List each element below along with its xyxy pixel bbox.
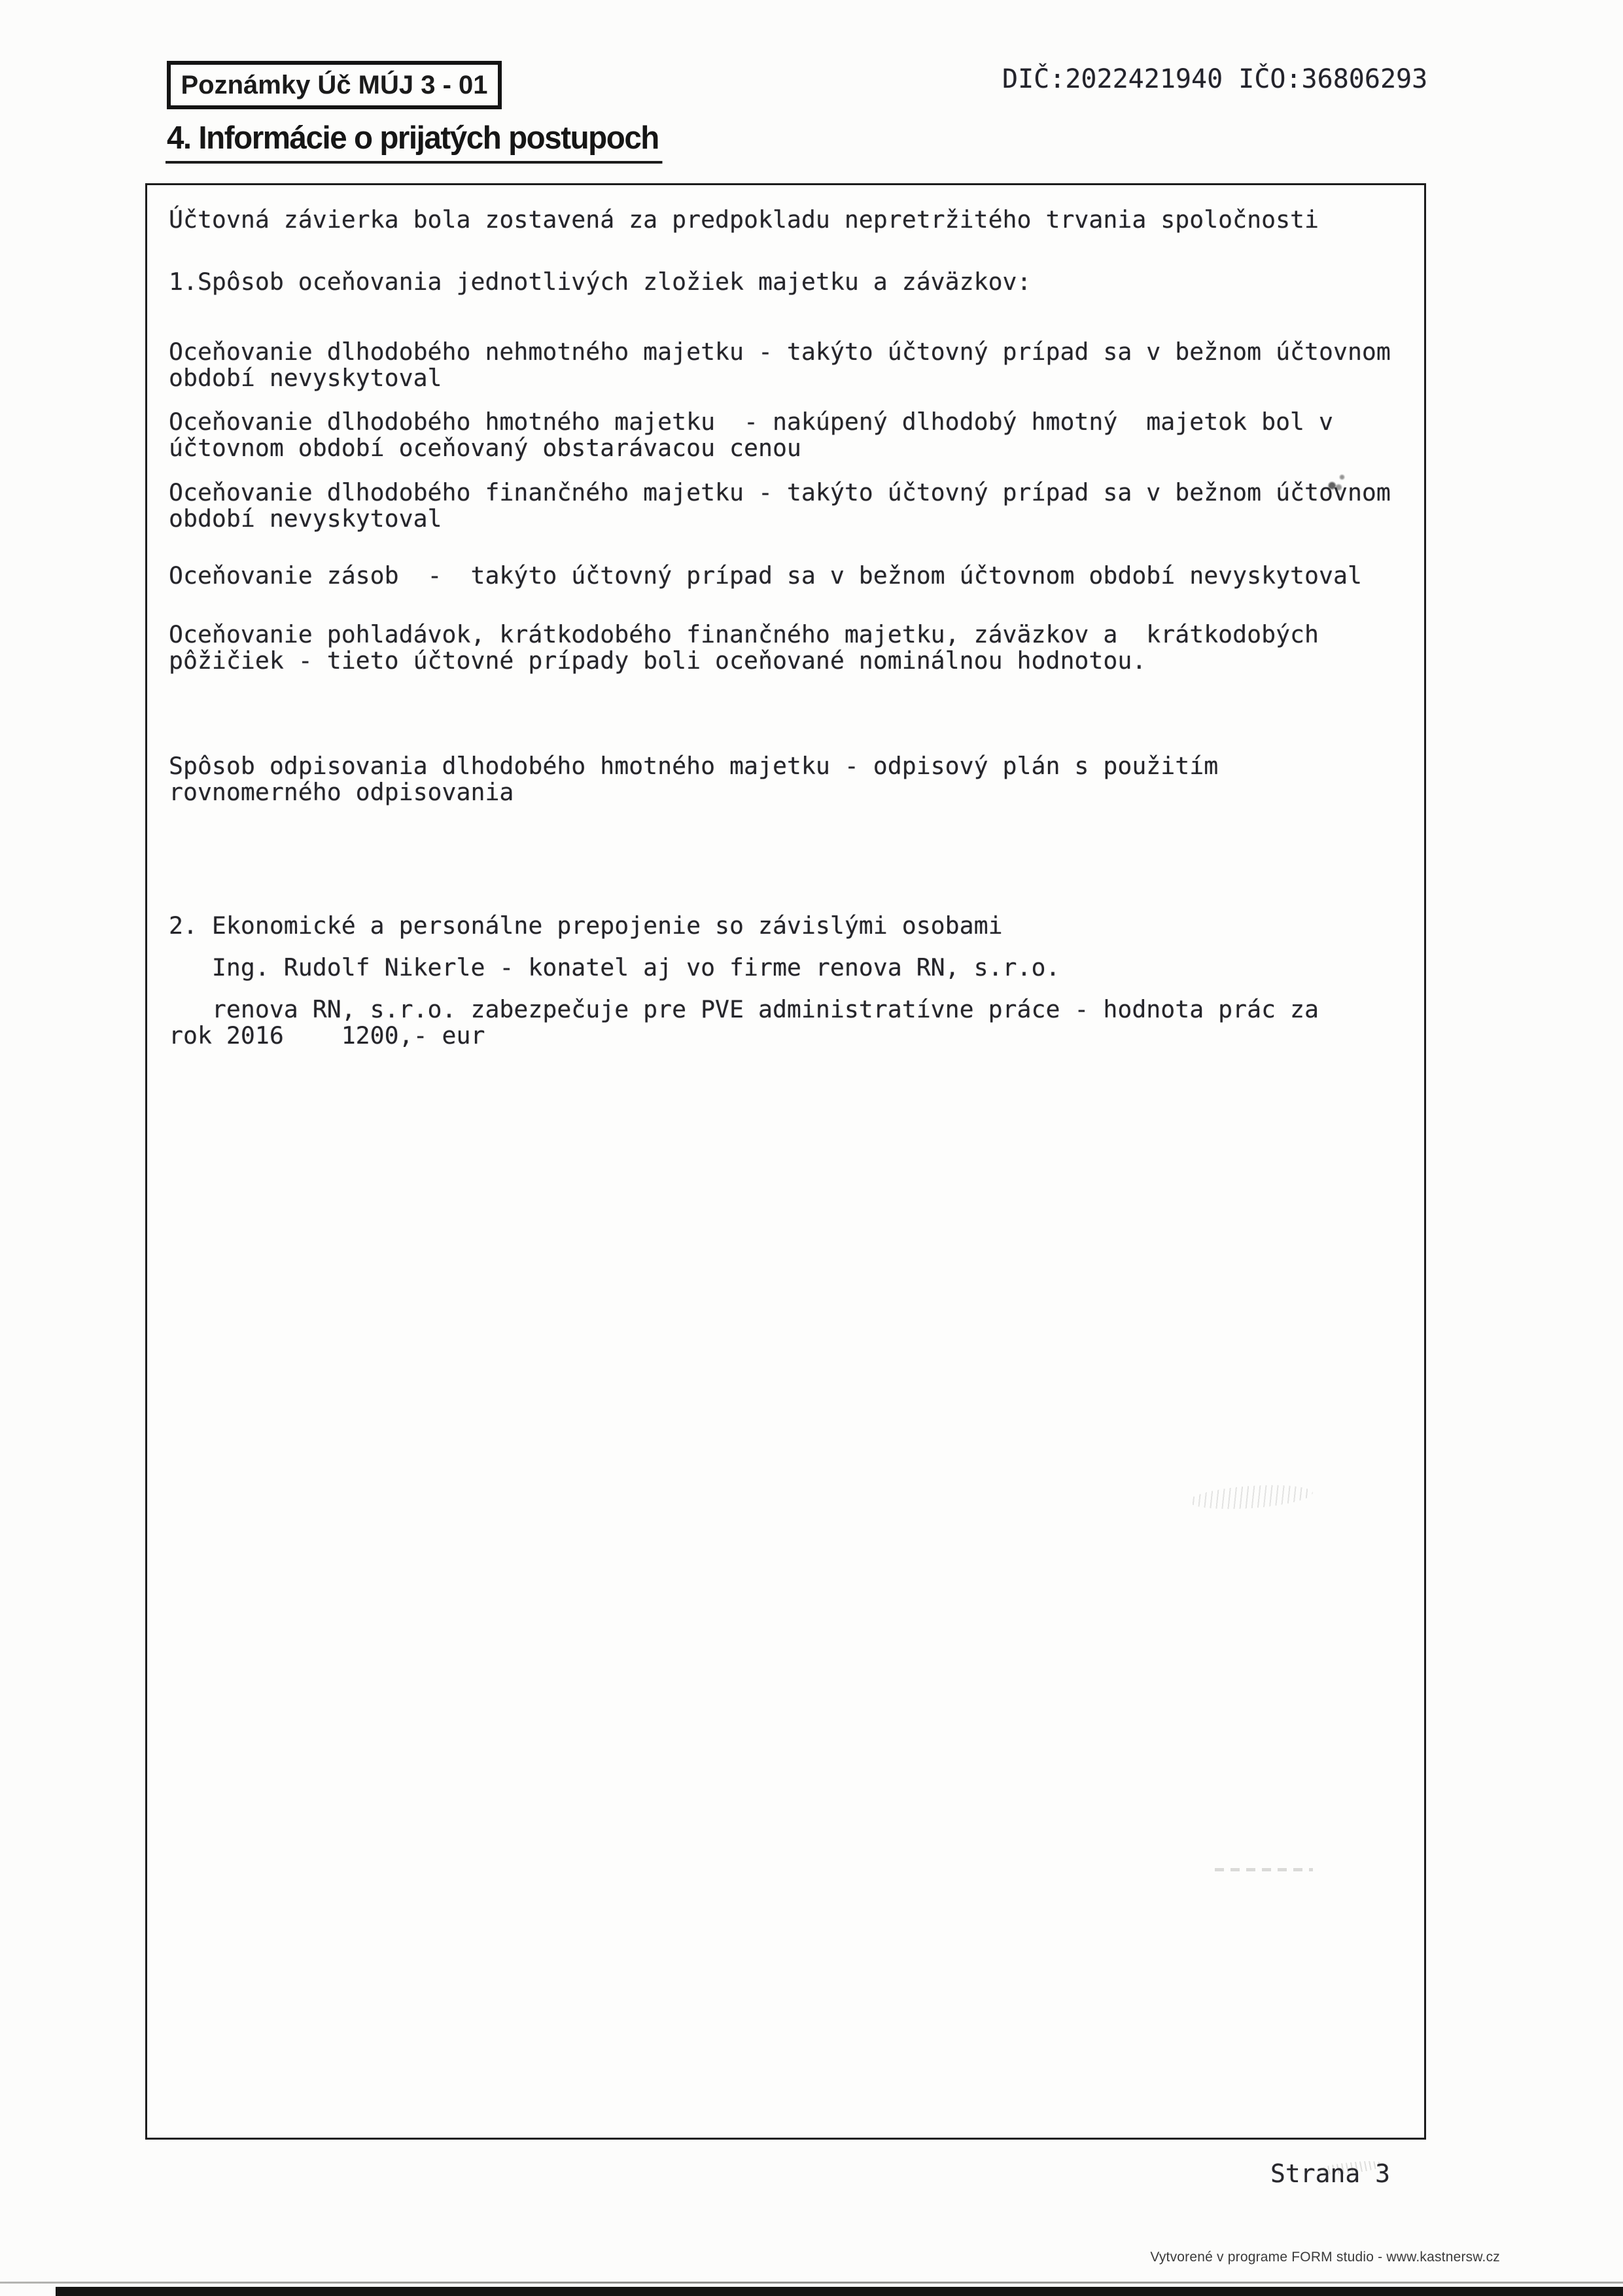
page-number: Strana 3 <box>1270 2159 1390 2188</box>
text-line: renova RN, s.r.o. zabezpečuje pre PVE ad… <box>169 997 1416 1023</box>
scan-edge-line <box>0 2282 1623 2284</box>
paragraph-receivables: Oceňovanie pohladávok, krátkodobého fina… <box>169 622 1416 674</box>
paragraph-related-parties-heading: 2. Ekonomické a personálne prepojenie so… <box>169 913 1416 939</box>
form-code-box: Poznámky Úč MÚJ 3 - 01 <box>167 61 502 109</box>
text-line: 2. Ekonomické a personálne prepojenie so… <box>169 913 1416 939</box>
text-line: období nevyskytoval <box>169 506 1416 532</box>
text-line: Oceňovanie dlhodobého nehmotného majetku… <box>169 339 1416 365</box>
text-line: Ing. Rudolf Nikerle - konatel aj vo firm… <box>169 955 1416 981</box>
text-line: rovnomerného odpisovania <box>169 779 1416 805</box>
form-code-label: Poznámky Úč MÚJ 3 - 01 <box>181 71 487 100</box>
paragraph-related-person: Ing. Rudolf Nikerle - konatel aj vo firm… <box>169 955 1416 981</box>
text-line: Oceňovanie dlhodobého finančného majetku… <box>169 480 1416 506</box>
generator-note: Vytvorené v programe FORM studio - www.k… <box>1150 2250 1500 2265</box>
paragraph-intangible-assets: Oceňovanie dlhodobého nehmotného majetku… <box>169 339 1416 391</box>
text-line: Oceňovanie pohladávok, krátkodobého fina… <box>169 622 1416 648</box>
text-line: 1.Spôsob oceňovania jednotlivých zložiek… <box>169 269 1416 295</box>
paragraph-inventory: Oceňovanie zásob - takýto účtovný prípad… <box>169 563 1416 589</box>
text-line: pôžičiek - tieto účtovné prípady boli oc… <box>169 648 1416 674</box>
document-page: Poznámky Úč MÚJ 3 - 01 DIČ:2022421940 IČ… <box>0 0 1623 2296</box>
scan-artifact-faint-dashes <box>1215 1868 1313 1871</box>
notes-content-box: Účtovná závierka bola zostavená za predp… <box>145 183 1426 2140</box>
section-title: 4. Informácie o prijatých postupoch <box>166 120 663 164</box>
text-line: Oceňovanie dlhodobého hmotného majetku -… <box>169 409 1416 435</box>
paragraph-financial-assets: Oceňovanie dlhodobého finančného majetku… <box>169 480 1416 532</box>
text-line: Účtovná závierka bola zostavená za predp… <box>169 207 1416 233</box>
text-line: období nevyskytoval <box>169 365 1416 391</box>
tax-identifiers: DIČ:2022421940 IČO:36806293 <box>1002 64 1427 94</box>
text-line: rok 2016 1200,- eur <box>169 1023 1416 1049</box>
text-line: Oceňovanie zásob - takýto účtovný prípad… <box>169 563 1416 589</box>
text-line: účtovnom období oceňovaný obstarávacou c… <box>169 435 1416 461</box>
scan-bottom-bar <box>56 2287 1623 2296</box>
paragraph-valuation-heading: 1.Spôsob oceňovania jednotlivých zložiek… <box>169 269 1416 295</box>
paragraph-related-company-services: renova RN, s.r.o. zabezpečuje pre PVE ad… <box>169 997 1416 1049</box>
paragraph-depreciation: Spôsob odpisovania dlhodobého hmotného m… <box>169 753 1416 805</box>
paragraph-tangible-assets: Oceňovanie dlhodobého hmotného majetku -… <box>169 409 1416 461</box>
text-line: Spôsob odpisovania dlhodobého hmotného m… <box>169 753 1416 779</box>
scan-artifact-faint-scribble <box>1188 1481 1314 1512</box>
paragraph-going-concern: Účtovná závierka bola zostavená za predp… <box>169 207 1416 233</box>
